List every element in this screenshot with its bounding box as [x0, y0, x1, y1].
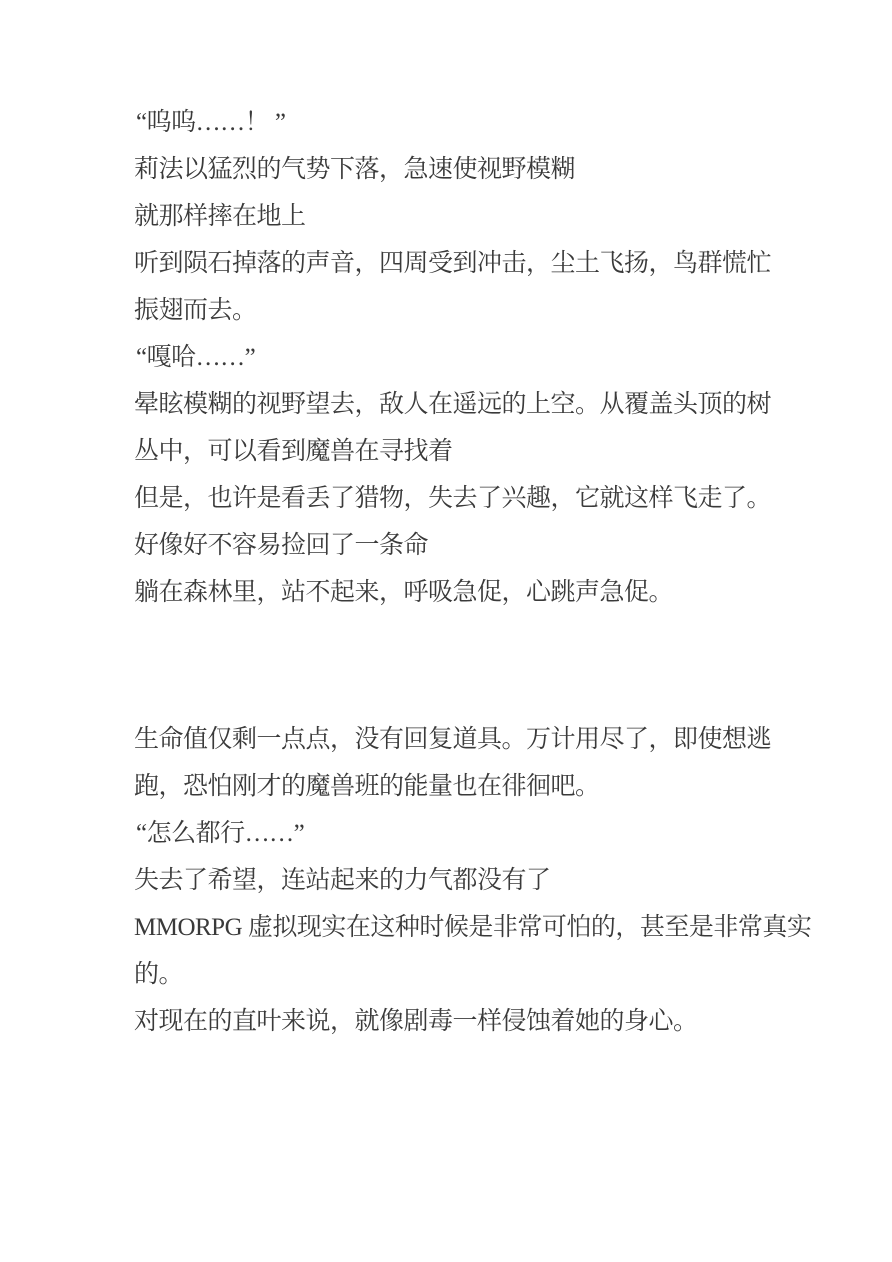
paragraph-gap: [134, 616, 792, 716]
text-line: 跑，恐怕刚才的魔兽班的能量也在徘徊吧。: [134, 763, 792, 810]
text-line: 躺在森林里，站不起来，呼吸急促，心跳声急促。: [134, 569, 792, 616]
text-line: 听到陨石掉落的声音，四周受到冲击，尘土飞扬，鸟群慌忙: [134, 240, 792, 287]
text-content: “呜呜……！ ”莉法以猛烈的气势下落，急速使视野模糊就那样摔在地上听到陨石掉落的…: [134, 99, 792, 1045]
text-line: 的。: [134, 951, 792, 998]
text-line: 晕眩模糊的视野望去，敌人在遥远的上空。从覆盖头顶的树: [134, 381, 792, 428]
dialogue-line: “怎么都行……”: [134, 810, 792, 857]
document-page: “呜呜……！ ”莉法以猛烈的气势下落，急速使视野模糊就那样摔在地上听到陨石掉落的…: [0, 0, 892, 1262]
text-line: 对现在的直叶来说，就像剧毒一样侵蚀着她的身心。: [134, 998, 792, 1045]
text-line: 失去了希望，连站起来的力气都没有了: [134, 857, 792, 904]
text-line: 莉法以猛烈的气势下落，急速使视野模糊: [134, 146, 792, 193]
text-line: 但是，也许是看丢了猎物，失去了兴趣，它就这样飞走了。: [134, 475, 792, 522]
dialogue-line: “嘎哈……”: [134, 334, 792, 381]
text-line: MMORPG 虚拟现实在这种时候是非常可怕的，甚至是非常真实: [134, 904, 792, 951]
text-line: 就那样摔在地上: [134, 193, 792, 240]
text-line: 生命值仅剩一点点，没有回复道具。万计用尽了，即使想逃: [134, 716, 792, 763]
text-line: 振翅而去。: [134, 287, 792, 334]
dialogue-line: “呜呜……！ ”: [134, 99, 792, 146]
text-line: 丛中，可以看到魔兽在寻找着: [134, 428, 792, 475]
text-line: 好像好不容易捡回了一条命: [134, 522, 792, 569]
